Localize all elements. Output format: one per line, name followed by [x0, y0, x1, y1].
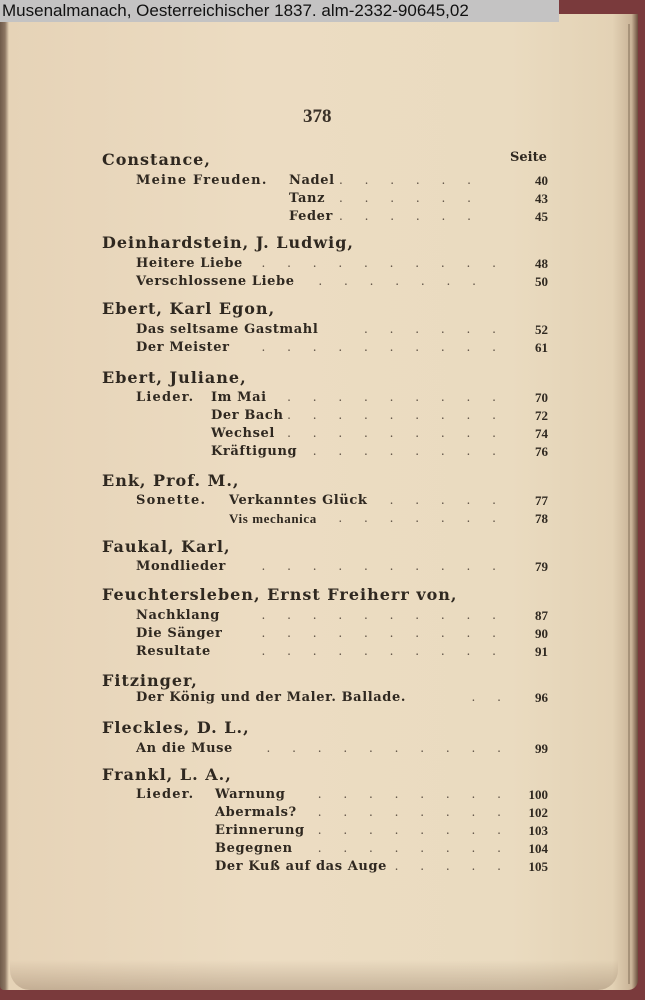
dot-leader: . . . . . . . . . . . . . . . . . . . . … — [260, 256, 505, 270]
toc-entry-title: Abermals? — [215, 805, 297, 820]
dot-leader: . . . . . . . . . . . . . . . . . . . . … — [280, 426, 505, 440]
toc-entry: Der Bach . . . . . . . . . . . . . . . .… — [0, 408, 645, 426]
toc-entry-page: 72 — [508, 408, 548, 424]
toc-group-label: Lieder. — [136, 390, 194, 405]
page-number: 378 — [303, 106, 332, 128]
dot-leader: . . . . . . . . . . . . . . . . . . . . … — [265, 390, 505, 404]
table-of-contents: 378 Constance, Seite Meine Freuden. Nade… — [0, 0, 645, 1000]
toc-entry-title: Warnung — [215, 787, 285, 802]
toc-entry-title: Nachklang — [136, 608, 220, 623]
toc-entry: Mondlieder . . . . . . . . . . . . . . .… — [0, 559, 645, 577]
toc-author: Deinhardstein, J. Ludwig, — [102, 233, 354, 252]
toc-entry-page: 43 — [508, 191, 548, 207]
toc-entry-page: 48 — [508, 256, 548, 272]
dot-leader: . . . . . . . . . . . . . . . . . . . . … — [280, 408, 505, 422]
toc-entry: Meine Freuden. Nadel . . . . . . . . . .… — [0, 173, 645, 191]
dot-leader: . . . . . . . . . . . . . . . . . . . . … — [340, 209, 480, 223]
toc-entry: Heitere Liebe . . . . . . . . . . . . . … — [0, 256, 645, 274]
toc-author: Fitzinger, — [102, 671, 198, 690]
toc-entry: Sonette. Verkanntes Glück . . . . . . . … — [0, 493, 645, 511]
toc-entry: Lieder. Im Mai . . . . . . . . . . . . .… — [0, 390, 645, 408]
toc-entry: Feder . . . . . . . . . . . . . . . . . … — [0, 209, 645, 227]
toc-entry-title: Wechsel — [211, 426, 275, 441]
toc-entry-page: 76 — [508, 444, 548, 460]
toc-entry-page: 77 — [508, 493, 548, 509]
dot-leader: . . . . . . . . . . . . . . . . . . . . … — [340, 191, 480, 205]
toc-entry-title: Begegnen — [215, 841, 293, 856]
toc-entry-page: 96 — [508, 690, 548, 706]
toc-entry: Wechsel . . . . . . . . . . . . . . . . … — [0, 426, 645, 444]
toc-entry-page: 99 — [508, 741, 548, 757]
dot-leader: . . . . . . . . . . . . . . . . . . . . … — [240, 644, 505, 658]
toc-entry-page: 87 — [508, 608, 548, 624]
toc-author: Constance, — [102, 150, 211, 169]
toc-entry: Tanz . . . . . . . . . . . . . . . . . .… — [0, 191, 645, 209]
toc-entry-page: 74 — [508, 426, 548, 442]
dot-leader: . . . . . . . . . . . . . . . . . . . . … — [300, 805, 510, 819]
dot-leader: . . . . . . . . . . . . . . . . . . . . … — [395, 859, 510, 873]
toc-author: Ebert, Juliane, — [102, 368, 247, 387]
toc-entry-title: Das seltsame Gastmahl — [136, 322, 318, 337]
toc-entry-page: 50 — [508, 274, 548, 290]
toc-entry-page: 70 — [508, 390, 548, 406]
image-caption: Musenalmanach, Oesterreichischer 1837. a… — [0, 0, 559, 22]
toc-entry-title: Feder — [289, 209, 333, 224]
toc-entry: Erinnerung . . . . . . . . . . . . . . .… — [0, 823, 645, 841]
toc-group-label: Sonette. — [136, 493, 206, 508]
toc-group-label: Lieder. — [136, 787, 194, 802]
toc-entry-title: Kräftigung — [211, 444, 297, 459]
toc-entry: Lieder. Warnung . . . . . . . . . . . . … — [0, 787, 645, 805]
dot-leader: . . . . . . . . . . . . . . . . . . . . … — [260, 626, 505, 640]
dot-leader: . . . . . . . . . . . . . . . . . . . . … — [335, 511, 505, 525]
toc-entry-title: Vis mechanica — [229, 511, 317, 527]
toc-entry-title: Heitere Liebe — [136, 256, 243, 271]
dot-leader: . . . . . . . . . . . . . . . . . . . . … — [240, 608, 505, 622]
toc-author: Fleckles, D. L., — [102, 718, 250, 737]
dot-leader: . . . . . . . . . . . . . . . . . . . . … — [250, 559, 505, 573]
dot-leader: . . . . . . . . . . . . . . . . . . . . … — [295, 444, 505, 458]
toc-author: Enk, Prof. M., — [102, 471, 240, 490]
dot-leader: . . . . . . . . . . . . . . . . . . . . … — [345, 322, 505, 336]
toc-entry-title: Verkanntes Glück — [229, 493, 367, 508]
toc-entry-page: 103 — [508, 823, 548, 839]
toc-group-label: Meine Freuden. — [136, 173, 268, 188]
toc-entry-title: An die Muse — [136, 741, 233, 756]
toc-author: Ebert, Karl Egon, — [102, 299, 275, 318]
toc-entry-title: Nadel — [289, 173, 335, 188]
toc-entry: Verschlossene Liebe . . . . . . . . . . … — [0, 274, 645, 292]
toc-entry-title: Resultate — [136, 644, 211, 659]
dot-leader: . . . . . . . . . . . . . . . . . . . . … — [300, 841, 510, 855]
dot-leader: . . . . . . . . . . . . . . . . . . . . … — [295, 787, 510, 801]
dot-leader: . . . . . . . . . . . . . . . . . . . . … — [470, 690, 510, 704]
toc-author: Faukal, Karl, — [102, 537, 231, 556]
toc-entry: Der Meister . . . . . . . . . . . . . . … — [0, 340, 645, 358]
toc-entry-title: Der König und der Maler. Ballade. — [136, 690, 406, 705]
toc-entry-page: 104 — [508, 841, 548, 857]
toc-entry-page: 91 — [508, 644, 548, 660]
toc-entry-title: Die Sänger — [136, 626, 222, 641]
toc-entry-page: 78 — [508, 511, 548, 527]
toc-entry-title: Der Meister — [136, 340, 230, 355]
dot-leader: . . . . . . . . . . . . . . . . . . . . … — [310, 823, 510, 837]
toc-entry: Abermals? . . . . . . . . . . . . . . . … — [0, 805, 645, 823]
toc-entry-page: 100 — [508, 787, 548, 803]
toc-entry: Kräftigung . . . . . . . . . . . . . . .… — [0, 444, 645, 462]
dot-leader: . . . . . . . . . . . . . . . . . . . . … — [310, 274, 485, 288]
toc-entry: Das seltsame Gastmahl . . . . . . . . . … — [0, 322, 645, 340]
toc-entry-title: Verschlossene Liebe — [136, 274, 295, 289]
dot-leader: . . . . . . . . . . . . . . . . . . . . … — [340, 173, 480, 187]
toc-author: Feuchtersleben, Ernst Freiherr von, — [102, 585, 457, 604]
toc-entry-title: Im Mai — [211, 390, 267, 405]
toc-entry-title: Der Bach — [211, 408, 284, 423]
toc-entry: An die Muse . . . . . . . . . . . . . . … — [0, 741, 645, 759]
toc-entry: Die Sänger . . . . . . . . . . . . . . .… — [0, 626, 645, 644]
toc-entry-title: Erinnerung — [215, 823, 305, 838]
toc-entry: Der König und der Maler. Ballade. . . . … — [0, 690, 645, 708]
dot-leader: . . . . . . . . . . . . . . . . . . . . … — [370, 493, 505, 507]
dot-leader: . . . . . . . . . . . . . . . . . . . . … — [265, 741, 510, 755]
toc-author: Frankl, L. A., — [102, 765, 232, 784]
toc-entry: Resultate . . . . . . . . . . . . . . . … — [0, 644, 645, 662]
toc-entry: Nachklang . . . . . . . . . . . . . . . … — [0, 608, 645, 626]
toc-entry-page: 90 — [508, 626, 548, 642]
toc-entry-page: 52 — [508, 322, 548, 338]
toc-entry-title: Tanz — [289, 191, 325, 206]
toc-entry: Begegnen . . . . . . . . . . . . . . . .… — [0, 841, 645, 859]
toc-entry: Vis mechanica . . . . . . . . . . . . . … — [0, 511, 645, 529]
toc-entry-page: 40 — [508, 173, 548, 189]
toc-entry-page: 79 — [508, 559, 548, 575]
dot-leader: . . . . . . . . . . . . . . . . . . . . … — [250, 340, 505, 354]
toc-entry: Der Kuß auf das Auge . . . . . . . . . .… — [0, 859, 645, 877]
toc-entry-title: Der Kuß auf das Auge — [215, 859, 387, 874]
toc-entry-title: Mondlieder — [136, 559, 226, 574]
toc-entry-page: 105 — [508, 859, 548, 875]
toc-entry-page: 45 — [508, 209, 548, 225]
toc-entry-page: 102 — [508, 805, 548, 821]
seite-column-header: Seite — [510, 150, 547, 165]
toc-entry-page: 61 — [508, 340, 548, 356]
